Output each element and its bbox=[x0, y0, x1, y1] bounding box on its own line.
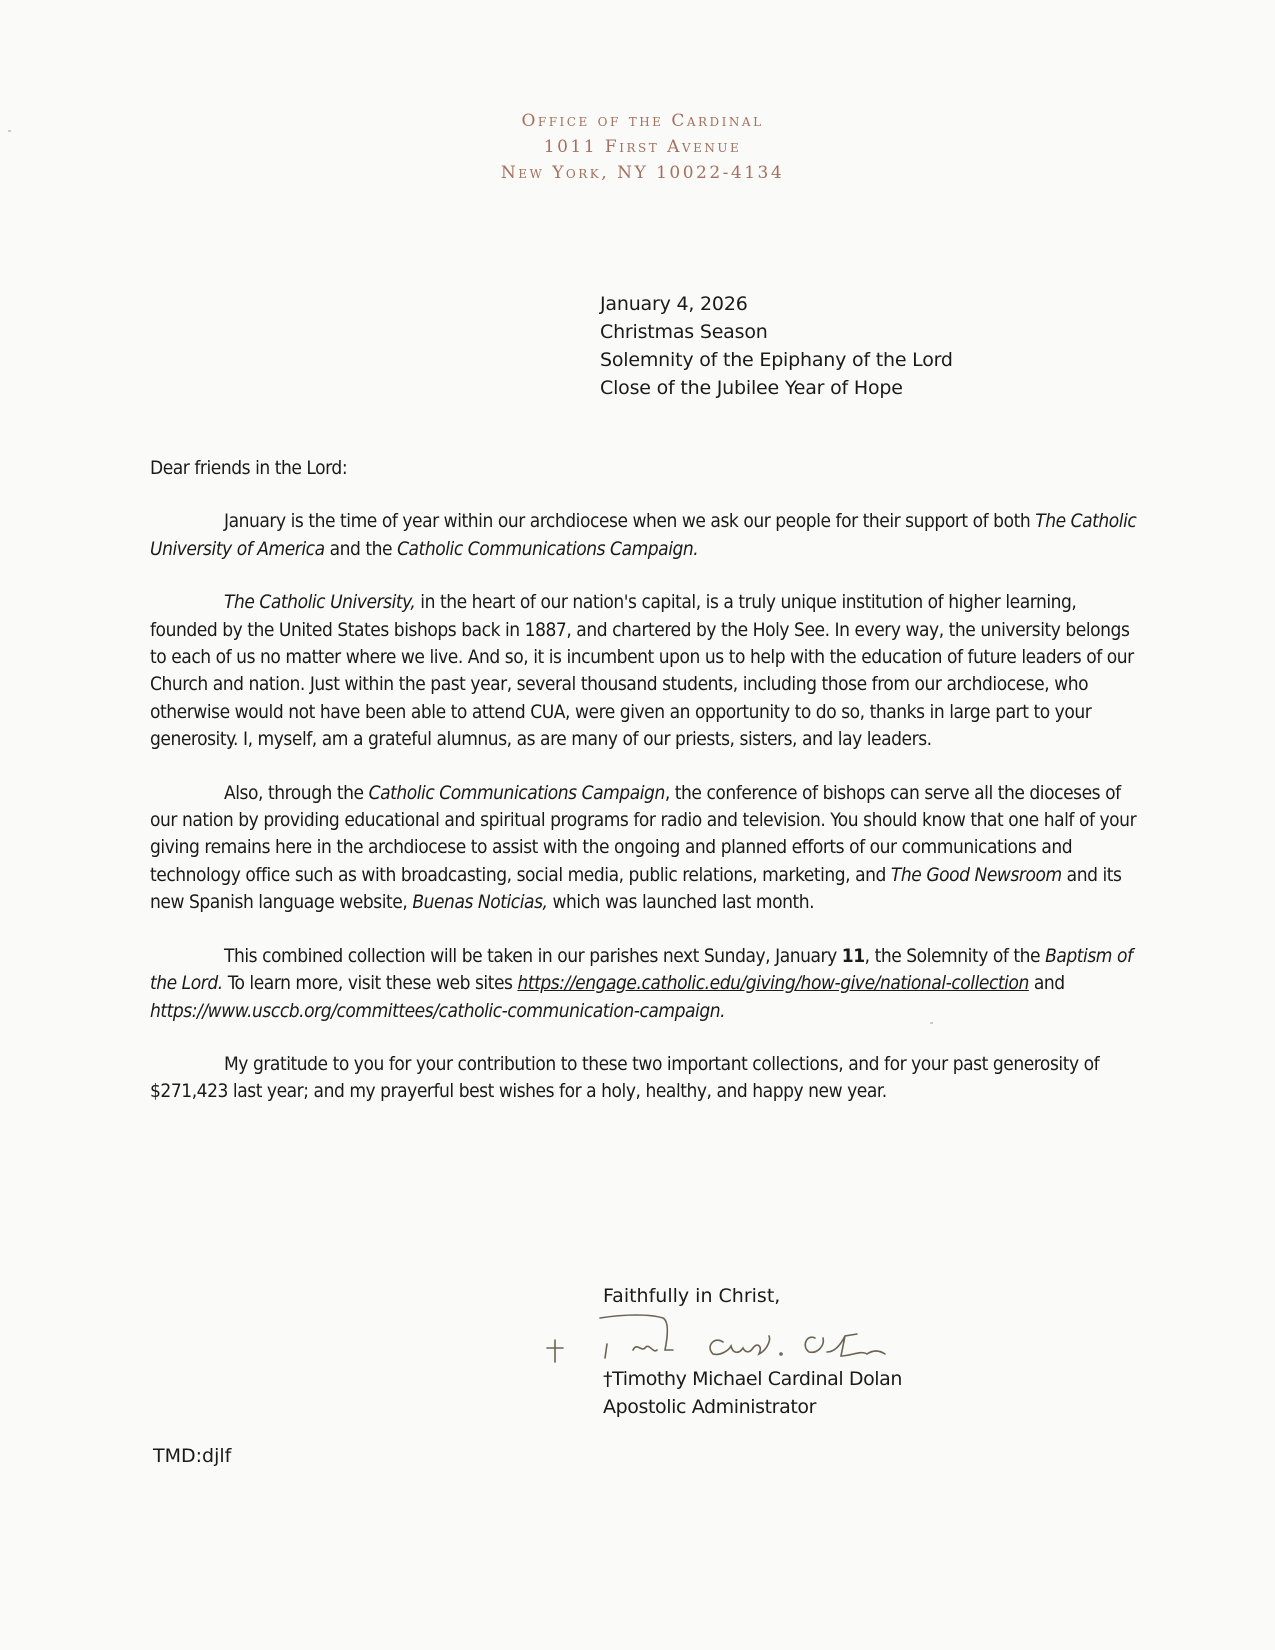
cua-name: The Catholic University, bbox=[224, 591, 415, 613]
liturgical-season: Christmas Season bbox=[600, 318, 953, 346]
letterhead-street: 1011 First Avenue bbox=[10, 134, 1275, 160]
letterhead-office: Office of the Cardinal bbox=[10, 108, 1275, 134]
letter-date: January 4, 2026 bbox=[600, 290, 953, 318]
occasion: Close of the Jubilee Year of Hope bbox=[600, 374, 953, 402]
letter-page: Office of the Cardinal 1011 First Avenue… bbox=[0, 0, 1275, 1650]
signature bbox=[545, 1310, 965, 1370]
letter-body: Dear friends in the Lord: January is the… bbox=[150, 455, 1140, 1132]
good-newsroom-name: The Good Newsroom bbox=[891, 864, 1062, 886]
ccc-name: Catholic Communications Campaign. bbox=[397, 538, 698, 560]
signer-title: Apostolic Administrator bbox=[603, 1393, 902, 1421]
paragraph-collection: This combined collection will be taken i… bbox=[150, 943, 1140, 1025]
reference-initials: TMD:djlf bbox=[153, 1445, 231, 1467]
text: To learn more, visit these web sites bbox=[223, 972, 518, 994]
letterhead-city: New York, NY 10022-4134 bbox=[10, 160, 1275, 186]
usccb-url: https://www.usccb.org/committees/catholi… bbox=[150, 1000, 725, 1022]
collection-day: 11 bbox=[842, 945, 865, 967]
cua-collection-link[interactable]: https://engage.catholic.edu/giving/how-g… bbox=[517, 972, 1028, 994]
text: and bbox=[1029, 972, 1065, 994]
text: , the Solemnity of the bbox=[865, 945, 1045, 967]
text: and the bbox=[325, 538, 397, 560]
date-block: January 4, 2026 Christmas Season Solemni… bbox=[600, 290, 953, 402]
feast-day: Solemnity of the Epiphany of the Lord bbox=[600, 346, 953, 374]
signer-block: †Timothy Michael Cardinal Dolan Apostoli… bbox=[603, 1365, 902, 1421]
text: This combined collection will be taken i… bbox=[224, 945, 842, 967]
paragraph-intro: January is the time of year within our a… bbox=[150, 508, 1140, 563]
text: My gratitude to you for your contributio… bbox=[150, 1053, 1099, 1102]
closing: Faithfully in Christ, bbox=[603, 1282, 780, 1310]
text: January is the time of year within our a… bbox=[224, 510, 1035, 532]
text: Also, through the bbox=[224, 782, 369, 804]
text: which was launched last month. bbox=[548, 891, 815, 913]
paragraph-ccc: Also, through the Catholic Communication… bbox=[150, 780, 1140, 917]
text: in the heart of our nation's capital, is… bbox=[150, 591, 1134, 750]
scan-speck bbox=[930, 1022, 933, 1024]
signer-name: †Timothy Michael Cardinal Dolan bbox=[603, 1365, 902, 1393]
salutation: Dear friends in the Lord: bbox=[150, 455, 1140, 482]
ccc-name: Catholic Communications Campaign bbox=[369, 782, 665, 804]
paragraph-gratitude: My gratitude to you for your contributio… bbox=[150, 1051, 1140, 1106]
scan-speck bbox=[8, 130, 11, 132]
paragraph-cua: The Catholic University, in the heart of… bbox=[150, 589, 1140, 753]
buenas-noticias-name: Buenas Noticias, bbox=[412, 891, 547, 913]
letterhead: Office of the Cardinal 1011 First Avenue… bbox=[0, 108, 1275, 186]
